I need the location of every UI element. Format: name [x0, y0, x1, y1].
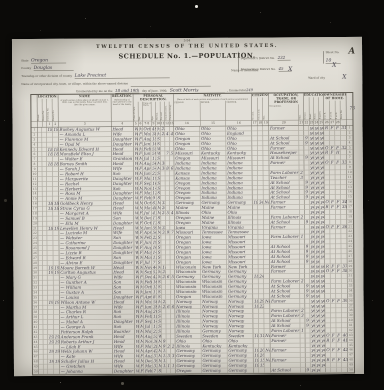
census-cell: Virginia — [201, 225, 227, 230]
census-cell: Germany — [226, 200, 252, 205]
header-column-number: 4 — [111, 121, 133, 127]
line-number: 29 — [347, 264, 353, 268]
census-cell: Head — [113, 359, 135, 364]
line-number: 21 — [347, 224, 353, 228]
census-cell: Missouri — [227, 250, 253, 255]
census-cell: Missouri — [175, 230, 201, 235]
census-cell: Farm Laborer — [270, 313, 300, 318]
line-number: 22 — [347, 229, 353, 233]
line-number: 48 — [348, 358, 354, 362]
census-cell: Daughter — [113, 319, 135, 324]
header-subcolumn: FATHER.15 — [200, 101, 226, 126]
census-cell: Nov 1863 — [144, 339, 153, 343]
census-cell: At School — [269, 136, 299, 141]
line-number: 40 — [348, 318, 354, 322]
header-subcolumn-label: MOTHER. — [226, 101, 251, 121]
line-number: 24 — [347, 239, 353, 243]
header-group-label: OWNERSHIP OF HOME. — [324, 93, 346, 101]
census-cell: Ohio — [200, 126, 226, 131]
census-cell: Indiana — [200, 181, 226, 186]
census-cell: Mar 1889 — [143, 255, 152, 259]
line-number: 13 — [347, 185, 353, 189]
header-group: CITIZENSHIP.Yr. imm.17Yrs in U.S.18Nat.1… — [252, 94, 269, 126]
census-cell: Norway — [201, 299, 227, 304]
census-cell: Indiana — [226, 161, 252, 166]
institution-x-mark: X — [288, 65, 292, 72]
census-cell: Jan 1890 — [143, 142, 152, 146]
census-cell: Jan 1841 — [143, 225, 152, 229]
header-subcolumn-label: Dwelling No. — [47, 99, 52, 122]
census-cell: Indiana — [200, 190, 226, 195]
header-subcolumn-label: Yrs in U.S. — [258, 97, 263, 120]
census-cell: May 1867 — [144, 364, 153, 368]
census-cell: Illinois — [227, 215, 253, 220]
census-cell: Norway — [201, 314, 227, 319]
census-cell: Wisconsin — [175, 265, 201, 270]
census-cell: Mar 1862 — [143, 132, 152, 136]
census-cell: Head — [112, 161, 134, 166]
header-subcolumn-label: F or H. — [335, 100, 340, 119]
census-cell: Germany — [201, 329, 227, 334]
census-cell: Oregon — [175, 215, 201, 220]
census-cell: Head — [112, 206, 134, 211]
header-subcolumn — [31, 95, 37, 127]
census-cell: Illinois — [175, 319, 201, 324]
census-cell: Wife — [112, 132, 134, 137]
census-cell: Indiana — [174, 166, 200, 171]
census-cell: New York — [227, 264, 253, 269]
header-subcolumn-label: English. — [319, 97, 324, 120]
census-cell: Iowa — [201, 240, 227, 245]
header-column-number: 16 — [226, 120, 251, 126]
census-cell: Indiana — [226, 180, 252, 185]
header-column-number: 25 — [319, 120, 323, 126]
census-cell: Mar 1852 — [143, 206, 152, 210]
census-cell: Daughter — [112, 142, 134, 147]
line-number: 1 — [347, 125, 353, 129]
supervisor-district-label: Supervisor's District No. — [241, 57, 275, 60]
census-cell: Ohio — [175, 339, 201, 344]
census-cell: Daughter — [112, 260, 134, 265]
census-cell: Germany — [201, 269, 227, 274]
census-cell: Sweden — [227, 333, 253, 338]
census-cell: Wisconsin — [175, 279, 201, 284]
header-column-number — [341, 120, 346, 126]
census-cell: Son — [112, 235, 134, 240]
census-cell: Farmer — [270, 225, 300, 230]
census-cell: May 1886 — [143, 250, 152, 254]
census-cell: Jan 1889 — [144, 290, 153, 294]
census-cell: Oct 1838 — [143, 201, 152, 205]
census-cell: Farmer — [269, 160, 299, 165]
census-title: TWELFTH CENSUS OF THE UNITED STATES. — [12, 42, 362, 50]
census-cell: Dec 1860 — [144, 359, 153, 363]
census-cell: Oct 1886 — [143, 221, 152, 225]
census-cell: Norway — [175, 304, 201, 309]
header-subcolumn-label: Marital. — [156, 102, 160, 121]
census-cell: Germany — [227, 358, 253, 363]
census-cell: Germany — [175, 349, 201, 354]
header-subcolumn-label: Family No. — [52, 99, 57, 122]
census-cell: At School — [269, 180, 299, 185]
line-number: 5 — [347, 145, 353, 149]
census-cell: Wisconsin — [201, 279, 227, 284]
census-cell: Farm Laborer — [270, 279, 300, 284]
census-sheet-paper: 5-94 TWELFTH CENSUS OF THE UNITED STATES… — [12, 37, 364, 376]
census-cell: Head — [113, 349, 135, 354]
census-cell: Farmer — [270, 338, 300, 343]
census-cell: Jul 1888 — [143, 156, 152, 160]
census-cell: Head — [112, 226, 134, 231]
census-cell: Boarder — [113, 329, 135, 334]
header-subcolumn-label: Mos. — [299, 104, 304, 120]
census-cell: Dec 1857 — [143, 275, 152, 279]
census-cell: Son — [112, 280, 134, 285]
header-column-number — [31, 121, 37, 127]
census-cell: Son — [113, 314, 135, 319]
header-column-number: 13 — [170, 121, 174, 127]
census-cell: Germany — [201, 358, 227, 363]
census-cell: Apr 1844 — [143, 230, 152, 234]
ward-x-mark: X — [342, 73, 346, 80]
line-number: 36 — [348, 298, 354, 302]
census-cell: Farmer — [269, 126, 299, 131]
census-cell: Farm Laborer — [270, 309, 300, 314]
census-cell: Iowa — [201, 250, 227, 255]
census-cell: Norway — [175, 299, 201, 304]
header-subcolumn-label: Age. — [151, 102, 156, 121]
census-cell: At School — [270, 254, 300, 259]
header-subcolumn-label: Children born. — [165, 102, 169, 121]
header-column-number — [346, 119, 352, 125]
line-number: 46 — [348, 348, 354, 352]
census-cell: Daughter — [112, 221, 134, 226]
census-cell: Illinois — [175, 210, 201, 215]
census-cell: Iowa — [201, 245, 227, 250]
census-cell: Ohio — [174, 131, 200, 136]
census-cell: Germany — [175, 358, 201, 363]
supervisor-district-value: 232 — [278, 55, 291, 60]
census-cell: Jun 1840 — [143, 151, 152, 155]
census-cell: Farm Laborer — [270, 234, 300, 239]
census-cell: Son — [112, 171, 134, 176]
census-cell: Ohio — [227, 210, 253, 215]
census-cell: Farmer — [269, 200, 299, 205]
census-cell: Germany — [175, 354, 201, 359]
census-cell: Germany — [201, 274, 227, 279]
header-group: PERSONAL DESCRIPTION.Color or race.5Sex.… — [133, 94, 174, 126]
census-cell: Indiana — [200, 171, 226, 176]
census-cell: Daughter — [113, 295, 135, 300]
census-cell: Maine — [201, 220, 227, 225]
line-number: 27 — [347, 254, 353, 258]
line-number: 15 — [347, 195, 353, 199]
census-cell: Indiana — [226, 190, 252, 195]
census-cell: Missouri — [227, 259, 253, 264]
census-cell: Head — [113, 334, 135, 339]
line-number: 47 — [348, 353, 354, 357]
census-cell: Aug 1884 — [143, 137, 152, 141]
line-number: 12 — [347, 180, 353, 184]
census-cell: Oregon — [175, 245, 201, 250]
census-cell: Daughter — [112, 196, 134, 201]
census-table: LOCATION.Street.House No.Dwelling No.1Fa… — [30, 92, 355, 375]
census-cell: Farmer — [269, 146, 299, 151]
census-cell: Wife — [113, 354, 135, 359]
header-subcolumn: Mos.21 — [298, 104, 303, 125]
census-cell: Ohio — [201, 210, 227, 215]
census-cell: Ohio — [174, 146, 200, 151]
census-cell: Missouri — [227, 240, 253, 245]
census-cell: Germany — [175, 363, 201, 368]
census-cell: Norway — [227, 304, 253, 309]
census-cell: — Johanna — [60, 369, 113, 374]
line-number: 49 — [348, 362, 354, 366]
census-cell: Indiana — [200, 166, 226, 171]
census-cell: At School — [270, 244, 300, 249]
census-cell: Oregon — [175, 250, 201, 255]
census-cell: Indiana — [200, 161, 226, 166]
census-cell — [270, 230, 300, 235]
census-cell: Germany — [227, 294, 253, 299]
header-subcolumn-label: Yrs mar. — [161, 102, 165, 121]
census-cell: Indiana — [174, 161, 200, 166]
census-cell — [270, 210, 300, 215]
census-cell: Illinois — [175, 344, 201, 349]
census-cell: Germany — [227, 269, 253, 274]
census-cell: Aug 1847 — [144, 334, 153, 338]
census-cell: Norway — [227, 324, 253, 329]
census-cell: At School — [269, 185, 299, 190]
census-cell — [270, 343, 300, 348]
census-cell: Daughter — [112, 240, 134, 245]
line-number: 18 — [347, 209, 353, 213]
census-cell: Tennessee — [227, 230, 253, 235]
header-group: OCCUPATION, TRADE, OR PROFESSIONOccupati… — [269, 93, 304, 125]
census-cell: Daughter — [112, 181, 134, 186]
line-number: 44 — [348, 338, 354, 342]
header-subcolumn-label: O or R. — [324, 101, 329, 120]
census-cell: Nov 1885 — [143, 186, 152, 190]
line-number: 9 — [347, 165, 353, 169]
census-cell: Feb 1891 — [143, 196, 152, 200]
header-subcolumn-label: Street. — [37, 99, 42, 122]
census-cell: Indiana — [226, 166, 252, 171]
header-subcolumn-label: School. — [304, 97, 309, 120]
header-column-number: 21 — [299, 120, 303, 126]
line-number: 23 — [347, 234, 353, 238]
census-cell: Daughter — [113, 369, 135, 374]
census-cell: Wife — [113, 305, 135, 310]
census-cell: Son — [113, 310, 135, 315]
census-cell: Norway — [227, 329, 253, 334]
census-cell: Jul 1858 — [143, 211, 152, 215]
census-cell: Head — [112, 152, 134, 157]
census-cell: Oregon — [175, 240, 201, 245]
census-cell: May 1877 — [144, 329, 153, 333]
census-cell: Farmer — [270, 358, 300, 363]
line-number: 14 — [347, 190, 353, 194]
line-number: 33 — [347, 283, 353, 287]
header-group: EDUCATION.School.22Read.23Write.24Englis… — [304, 93, 324, 125]
header-subcolumn: English.25 — [318, 97, 323, 125]
census-cell: Aug 1883 — [143, 245, 152, 249]
census-cell: Ohio — [227, 338, 253, 343]
line-number: 34 — [348, 288, 354, 292]
census-cell: Farmer — [270, 333, 300, 338]
census-cell: Illinois — [175, 324, 201, 329]
census-cell: Wife — [112, 231, 134, 236]
line-number: 37 — [348, 303, 354, 307]
census-cell: Oct 1886 — [143, 285, 152, 289]
census-cell: Sweden — [175, 334, 201, 339]
header-subcolumn-label: Yr. imm. — [252, 98, 257, 121]
census-cell: Iowa — [201, 255, 227, 260]
census-cell: Oregon — [174, 141, 200, 146]
census-cell: Kansas — [174, 176, 200, 181]
census-cell: Farmer — [269, 205, 299, 210]
census-cell: Jul 1892 — [143, 260, 152, 264]
line-number: 8 — [347, 160, 353, 164]
header-column-number: 19 — [263, 120, 268, 126]
header-subcolumn: 3 — [58, 106, 111, 127]
census-cell: Head — [112, 265, 134, 270]
census-cell: Maine — [201, 215, 227, 220]
census-cell: Illinois — [227, 220, 253, 225]
census-cell: Feb 1884 — [143, 280, 152, 284]
census-cell — [270, 304, 300, 309]
header-group: OWNERSHIP OF HOME.O or R.26F or M.27F or… — [324, 93, 347, 125]
header-subcolumn-label: Color or race. — [133, 102, 138, 121]
line-number: 38 — [348, 308, 354, 312]
census-cell: Farm Laborer — [269, 170, 299, 175]
line-number: 43 — [348, 333, 354, 337]
census-cell: Iowa — [175, 225, 201, 230]
scanned-census-page: 5-94 TWELFTH CENSUS OF THE UNITED STATES… — [0, 0, 384, 390]
line-number: 39 — [348, 313, 354, 317]
header-subcolumn-label — [346, 93, 352, 119]
line-number: 6 — [347, 150, 353, 154]
census-cell: Norway — [201, 324, 227, 329]
header-subcolumn-label: Farm No. — [340, 100, 345, 119]
census-cell: Kentucky — [200, 151, 226, 156]
census-cell: Germany — [201, 363, 227, 368]
census-cell: Missouri — [226, 156, 252, 161]
census-cell: Oregon — [174, 191, 200, 196]
census-cell: Daughter — [112, 245, 134, 250]
scan-noise — [0, 0, 1, 1]
census-cell: Norway — [227, 319, 253, 324]
census-cell: Farmer — [270, 264, 300, 269]
census-cell: Son — [112, 186, 134, 191]
census-cell: Wisconsin — [201, 284, 227, 289]
census-cell: Oregon — [174, 196, 200, 201]
header-subcolumn-label — [31, 95, 37, 121]
census-cell: Norway — [201, 319, 227, 324]
header-subcolumn-label: F or M. — [330, 100, 335, 119]
header-subcolumn-label: Nat. — [263, 97, 268, 120]
census-cell: New York — [201, 265, 227, 270]
census-cell: Germany — [227, 368, 253, 373]
line-number: 35 — [348, 293, 354, 297]
header-subcolumn-label: Children living. — [169, 101, 173, 120]
census-cell: Ohio — [226, 146, 252, 151]
census-cell: Daughter — [112, 250, 134, 255]
header-column-number: 15 — [200, 120, 225, 126]
line-number: 7 — [347, 155, 353, 159]
census-table-body: 1183184Bushey Augustus WHeadWMOct 185049… — [32, 125, 355, 374]
census-cell: Housekeeper — [269, 151, 299, 156]
header-column-number: 14 — [174, 120, 200, 126]
census-cell: Norway — [227, 299, 253, 304]
census-cell: At School — [270, 323, 300, 328]
census-cell: Kentucky — [201, 344, 227, 349]
census-cell: Oregon — [175, 368, 201, 373]
header-group: LOCATION.Street.House No.Dwelling No.1Fa… — [37, 95, 58, 127]
census-cell: Daughter — [112, 137, 134, 142]
header-subcolumn-label — [111, 106, 133, 121]
census-cell: Indiana — [226, 175, 252, 180]
census-cell: Ohio — [226, 136, 252, 141]
census-cell: Wisconsin — [201, 289, 227, 294]
line-number: 31 — [347, 274, 353, 278]
census-cell: Teacher — [269, 175, 299, 180]
census-cell: Germany — [175, 275, 201, 280]
census-cell: Wife — [112, 275, 134, 280]
census-cell: Wisconsin — [175, 289, 201, 294]
census-cell: Ohio — [174, 126, 200, 131]
line-number: 11 — [347, 175, 353, 179]
census-cell: Ohio — [200, 146, 226, 151]
census-cell: Indiana — [226, 195, 252, 200]
census-cell: Germany — [227, 353, 253, 358]
header-group: RELATION.Relationship of each person to … — [111, 94, 133, 126]
census-cell: Ohio — [200, 141, 226, 146]
census-cell: Son — [112, 216, 134, 221]
line-number: 17 — [347, 204, 353, 208]
line-number: 26 — [347, 249, 353, 253]
census-cell: Indiana — [200, 195, 226, 200]
census-cell: Ohio — [200, 136, 226, 141]
census-cell: Indiana — [226, 185, 252, 190]
header-subcolumn: Occupation.20 — [269, 104, 299, 125]
census-cell: Illinois — [175, 329, 201, 334]
census-cell: Sweden — [201, 334, 227, 339]
census-cell: At School — [270, 294, 300, 299]
census-cell — [270, 353, 300, 358]
census-cell: Norway — [201, 304, 227, 309]
census-cell: At School — [269, 155, 299, 160]
census-cell: May 1888 — [143, 191, 152, 195]
header-column-number: 20 — [269, 120, 299, 126]
census-cell: Ohio — [201, 339, 227, 344]
ward-label: Ward of city — [308, 77, 325, 80]
scribble-annotation: 249 — [246, 88, 253, 92]
header-subcolumn-label: FATHER. — [200, 101, 225, 121]
census-cell — [269, 131, 299, 136]
extra-x-mark: X — [332, 61, 336, 68]
census-cell: Sep 1883 — [143, 181, 152, 185]
header-subcolumn-label: Date of Birth. — [143, 102, 151, 121]
census-cell: Norway — [201, 309, 227, 314]
census-cell: Germany — [201, 368, 227, 373]
header-group-label: OCCUPATION, TRADE, OR PROFESSION — [269, 93, 304, 104]
header-subcolumn: MOTHER.16 — [226, 101, 252, 126]
header-subcolumn: 4 — [111, 106, 133, 127]
line-number: 20 — [347, 219, 353, 223]
header-subcolumn: PERSON.14 — [174, 101, 200, 126]
census-cell: Oregon — [175, 220, 201, 225]
